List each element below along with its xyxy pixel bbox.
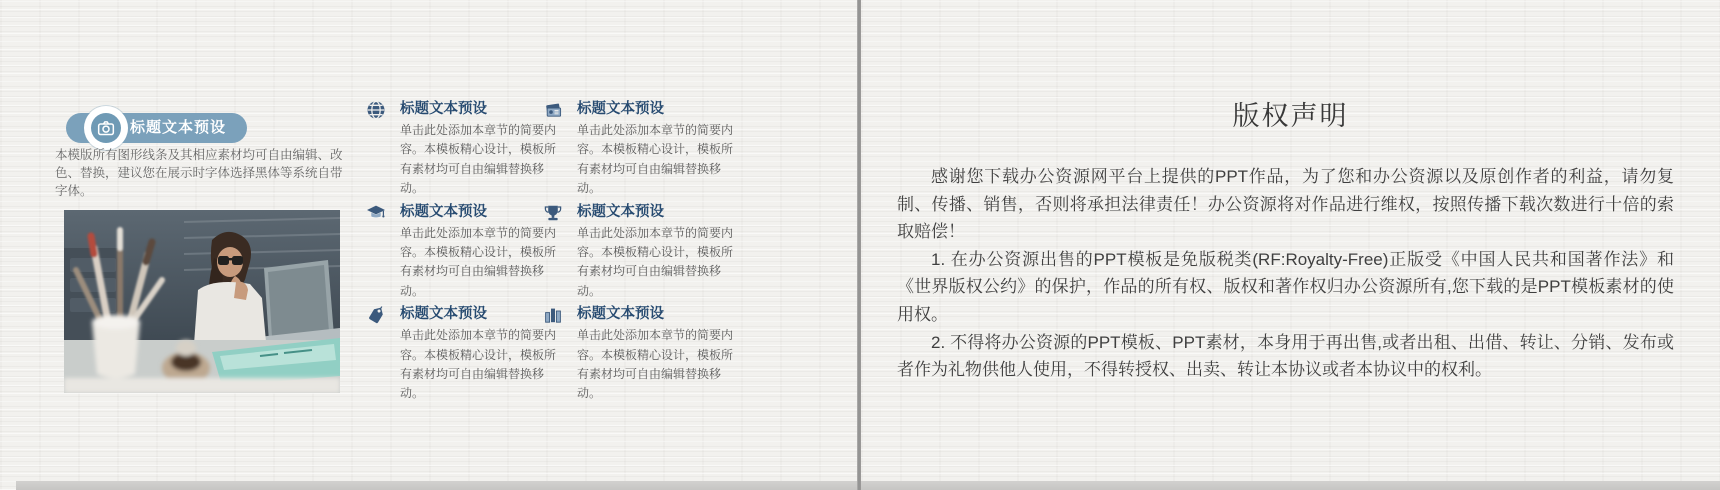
- feature-title: 标题文本预设: [400, 99, 560, 119]
- copyright-paragraph-1: 感谢您下载办公资源网平台上提供的PPT作品，为了您和办公资源以及原创作者的利益，…: [897, 163, 1674, 246]
- photo-woman-at-desk: [64, 210, 340, 393]
- feature-body: 单击此处添加本章节的简要内容。本模板精心设计，模板所有素材均可自由编辑替换移动。: [577, 326, 737, 404]
- copyright-body: 感谢您下载办公资源网平台上提供的PPT作品，为了您和办公资源以及原创作者的利益，…: [897, 163, 1674, 384]
- globe-icon: [366, 99, 388, 199]
- bar-chart-icon: [543, 304, 565, 404]
- feature-item: 标题文本预设 单击此处添加本章节的简要内容。本模板精心设计，模板所有素材均可自由…: [543, 99, 737, 199]
- graduation-cap-icon: [366, 202, 388, 302]
- feature-item: 标题文本预设 单击此处添加本章节的简要内容。本模板精心设计，模板所有素材均可自由…: [543, 202, 737, 302]
- copyright-paragraph-3: 2. 不得将办公资源的PPT模板、PPT素材，本身用于再出售,或者出租、出借、转…: [897, 329, 1674, 384]
- two-page-slide-view: 标题文本预设 本模版所有图形线条及其相应素材均可自由编辑、改色、替换，建议您在展…: [0, 0, 1720, 490]
- trophy-icon: [543, 202, 565, 302]
- feature-title: 标题文本预设: [400, 304, 560, 324]
- camera-badge: [84, 106, 128, 150]
- copyright-paragraph-2: 1. 在办公资源出售的PPT模板是免版税类(RF:Royalty-Free)正版…: [897, 246, 1674, 329]
- feature-body: 单击此处添加本章节的简要内容。本模板精心设计，模板所有素材均可自由编辑替换移动。: [400, 121, 560, 199]
- feature-body: 单击此处添加本章节的简要内容。本模板精心设计，模板所有素材均可自由编辑替换移动。: [577, 121, 737, 199]
- feature-title: 标题文本预设: [577, 202, 737, 222]
- feature-title: 标题文本预设: [400, 202, 560, 222]
- feature-item: 标题文本预设 单击此处添加本章节的简要内容。本模板精心设计，模板所有素材均可自由…: [366, 202, 560, 302]
- intro-paragraph: 本模版所有图形线条及其相应素材均可自由编辑、改色、替换，建议您在展示时字体选择黑…: [55, 146, 353, 200]
- banknotes-icon: [543, 99, 565, 199]
- feature-item: 标题文本预设 单击此处添加本章节的简要内容。本模板精心设计，模板所有素材均可自由…: [366, 304, 560, 404]
- feature-item: 标题文本预设 单击此处添加本章节的简要内容。本模板精心设计，模板所有素材均可自由…: [366, 99, 560, 199]
- feature-title: 标题文本预设: [577, 304, 737, 324]
- slide-left: 标题文本预设 本模版所有图形线条及其相应素材均可自由编辑、改色、替换，建议您在展…: [0, 0, 857, 490]
- feature-column-1: 标题文本预设 单击此处添加本章节的简要内容。本模板精心设计，模板所有素材均可自由…: [366, 99, 560, 404]
- copyright-title: 版权声明: [861, 94, 1720, 133]
- feature-column-2: 标题文本预设 单击此处添加本章节的简要内容。本模板精心设计，模板所有素材均可自由…: [543, 99, 737, 404]
- page-bottom-shadow: [16, 481, 1720, 490]
- feature-body: 单击此处添加本章节的简要内容。本模板精心设计，模板所有素材均可自由编辑替换移动。: [400, 224, 560, 302]
- feature-body: 单击此处添加本章节的简要内容。本模板精心设计，模板所有素材均可自由编辑替换移动。: [577, 224, 737, 302]
- feature-item: 标题文本预设 单击此处添加本章节的简要内容。本模板精心设计，模板所有素材均可自由…: [543, 304, 737, 404]
- page-divider: [857, 0, 861, 490]
- feature-body: 单击此处添加本章节的简要内容。本模板精心设计，模板所有素材均可自由编辑替换移动。: [400, 326, 560, 404]
- feature-title: 标题文本预设: [577, 99, 737, 119]
- camera-icon: [91, 113, 121, 143]
- price-tag-icon: [366, 304, 388, 404]
